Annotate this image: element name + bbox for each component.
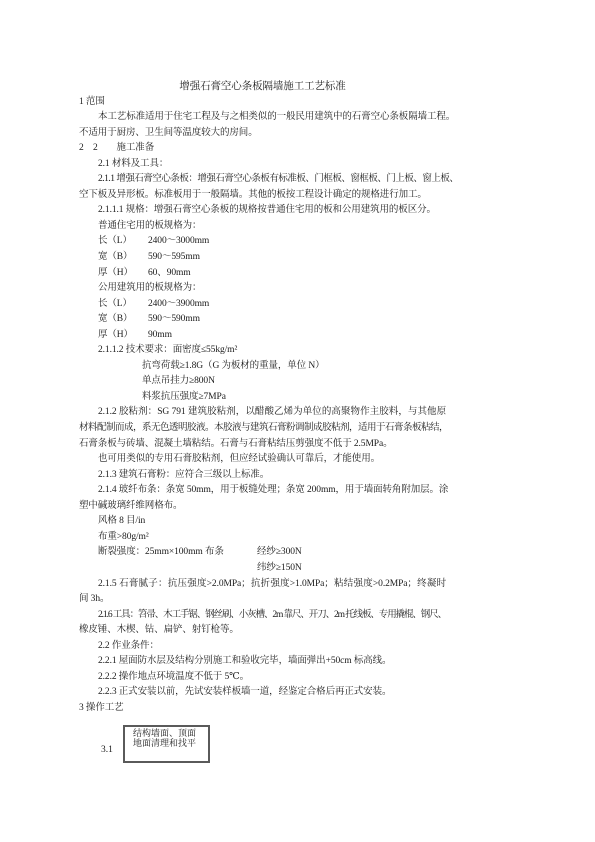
doc-line: 普通住宅用的板规格为：: [79, 219, 446, 235]
document-page: 增强石膏空心条板隔墙施工工艺标准 1 范围 本工艺标准适用于住宅工程及与之相类似…: [0, 0, 595, 842]
doc-line: 2.2 作业条件：: [79, 639, 446, 655]
section-heading: 3 操作工艺: [79, 701, 446, 717]
doc-line: 2.1.1.2 技术要求：面密度≤55kg/m²: [79, 343, 446, 359]
spec-label: 长（L）: [98, 234, 148, 250]
spec-row: 断裂强度：25mm×100mm 布条经纱≥300N: [79, 545, 446, 561]
doc-line: 间 3h。: [79, 592, 446, 608]
doc-line: 橡皮锤、木楔、钻、扁铲、射钉枪等。: [79, 623, 446, 639]
doc-line: 公用建筑用的板规格为：: [79, 281, 446, 297]
doc-title: 增强石膏空心条板隔墙施工工艺标准: [79, 79, 446, 95]
spec-value: 590～590mm: [148, 314, 200, 324]
spec-value: 90mm: [148, 330, 172, 340]
spec-label: 断裂强度：25mm×100mm 布条: [98, 545, 257, 561]
doc-line: 料浆抗压强度≥7MPa: [79, 390, 446, 406]
doc-line: 也可用类似的专用石膏胶粘剂，但应经试验确认可靠后，才能使用。: [79, 452, 446, 468]
spec-row: 长（L）2400～3000mm: [79, 234, 446, 250]
flowchart-box-structure-cleaning: 结构墙面、顶面 地面清理和找平: [123, 725, 210, 763]
doc-line: 抗弯荷载≥1.8G（G 为板材的重量，单位 N）: [79, 359, 446, 375]
doc-line: 纬纱≥150N: [79, 561, 446, 577]
doc-line: 单点吊挂力≥800N: [79, 374, 446, 390]
spec-value: 2400～3000mm: [148, 236, 209, 246]
spec-label: 宽（B）: [98, 250, 148, 266]
spec-label: 厚（H）: [98, 266, 148, 282]
doc-line: 2.1.6 工具：笤帚、木工手锯、钢丝刷、小灰槽、2m 靠尺、开刀、2m 托线板…: [79, 608, 446, 624]
spec-row: 厚（H）90mm: [79, 328, 446, 344]
spec-label: 宽（B）: [98, 312, 148, 328]
doc-line: 2.1 材料及工具：: [79, 157, 446, 173]
doc-line: 2.2.2 操作地点环境温度不低于 5℃。: [79, 670, 446, 686]
spec-row: 长（L）2400～3900mm: [79, 297, 446, 313]
spec-value: 经纱≥300N: [257, 547, 302, 557]
doc-line: 塑中碱玻璃纤维网格布。: [79, 499, 446, 515]
doc-line: 不适用于厨房、卫生间等温度较大的房间。: [79, 126, 446, 142]
document-body: 增强石膏空心条板隔墙施工工艺标准 1 范围 本工艺标准适用于住宅工程及与之相类似…: [79, 79, 446, 716]
spec-row: 宽（B）590～590mm: [79, 312, 446, 328]
doc-line: 材料配制而成，系无色透明胶液。本胶液与建筑石膏粉调制成胶粘剂，适用于石膏条板粘结…: [79, 421, 446, 437]
doc-line: 本工艺标准适用于住宅工程及与之相类似的一般民用建筑中的石膏空心条板隔墙工程。: [79, 110, 446, 126]
spec-row: 宽（B）590～595mm: [79, 250, 446, 266]
doc-line: 2.1.4 玻纤布条：条宽 50mm，用于板缝处理；条宽 200mm，用于墙面转…: [79, 483, 446, 499]
flowchart-step-number: 3.1: [101, 745, 113, 756]
flowchart-box-text-line2: 地面清理和找平: [133, 739, 206, 749]
spec-label: 厚（H）: [98, 328, 148, 344]
doc-line: 布重>80g/m²: [79, 530, 446, 546]
doc-line: 2.1.3 建筑石膏粉：应符合三级以上标准。: [79, 468, 446, 484]
doc-line: 2.1.1.1 规格：增强石膏空心条板的规格按普通住宅用的板和公用建筑用的板区分…: [79, 203, 446, 219]
doc-line: 2.1.2 胶粘剂：SG 791 建筑胶粘剂，以醋酸乙烯为单位的高聚物作主胶料，…: [79, 405, 446, 421]
doc-line: 2.2.1 屋面防水层及结构分别施工和验收完毕，墙面弹出+50cm 标高线。: [79, 654, 446, 670]
doc-line: 2.2.3 正式安装以前，先试安装样板墙一道，经鉴定合格后再正式安装。: [79, 685, 446, 701]
section-heading: 2 2 施工准备: [79, 141, 446, 157]
section-heading: 1 范围: [79, 95, 446, 111]
spec-label: 长（L）: [98, 297, 148, 313]
spec-row: 厚（H）60、90mm: [79, 266, 446, 282]
spec-value: 60、90mm: [148, 268, 191, 278]
doc-line: 空下板及异形板。标准板用于一般隔墙。其他的板按工程设计确定的规格进行加工。: [79, 188, 446, 204]
doc-line: 2.1.5 石膏腻子：抗压强度>2.0MPa；抗折强度>1.0MPa；粘结强度>…: [79, 577, 446, 593]
spec-value: 2400～3900mm: [148, 299, 209, 309]
doc-line: 风格 8 目/in: [79, 514, 446, 530]
doc-line: 石膏条板与砖墙、混凝土墙粘结。石膏与石膏粘结压剪强度不低于 2.5MPa。: [79, 437, 446, 453]
spec-value: 590～595mm: [148, 252, 200, 262]
doc-line: 2.1.1 增强石膏空心条板：增强石膏空心条板有标准板、门框板、窗框板、门上板、…: [79, 172, 446, 188]
